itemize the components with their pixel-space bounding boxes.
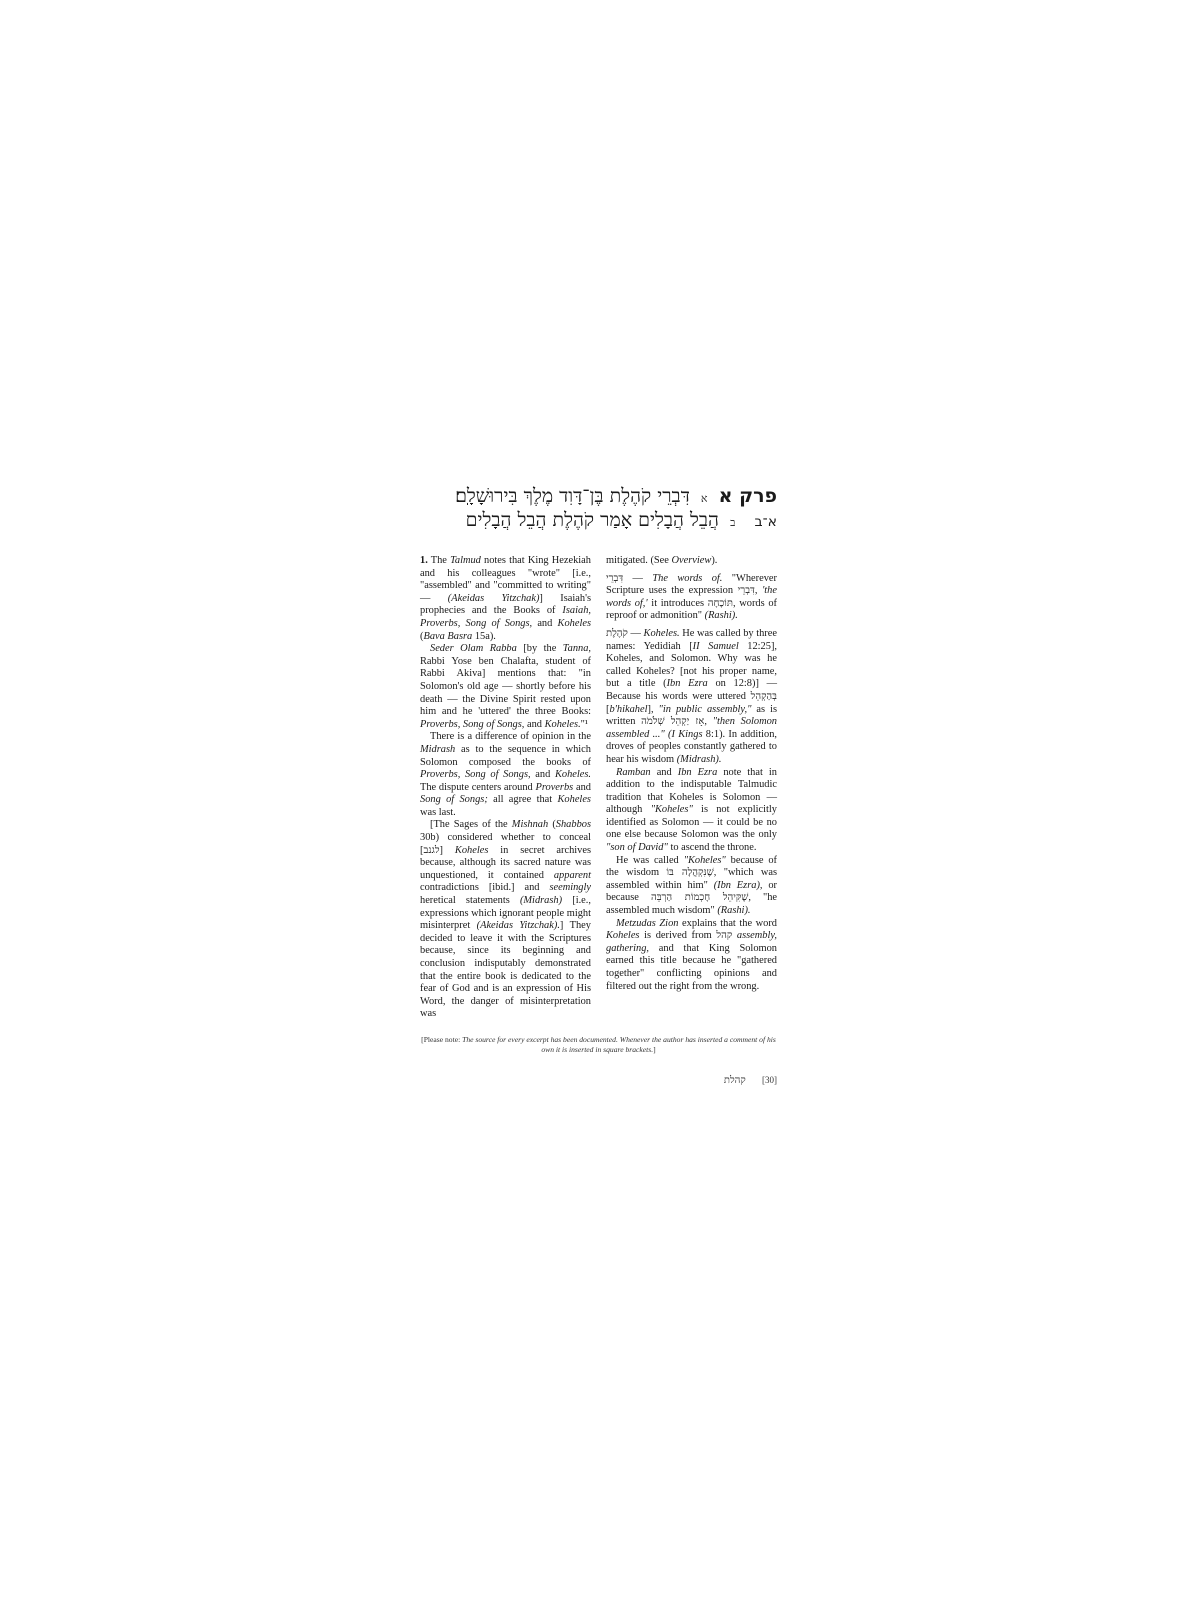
commentary-paragraph: There is a difference of opinion in the … [420, 731, 591, 819]
verse-text: דִּבְרֵי קֹהֶלֶת בֶּן־דָּוִד מֶלֶךְ בִּי… [455, 485, 690, 507]
verse-line-1: פרק א א דִּבְרֵי קֹהֶלֶת בֶּן־דָּוִד מֶל… [455, 485, 777, 508]
left-column: 1. The Talmud notes that King Hezekiah a… [420, 555, 591, 1021]
verse-text: הֲבֵל הֲבָלִים אָמַר קֹהֶלֶת הֲבֵל הֲבָל… [466, 509, 719, 531]
page-number: [30] [762, 1075, 777, 1085]
commentary-columns: 1. The Talmud notes that King Hezekiah a… [420, 555, 777, 1021]
verse-number: א [701, 492, 708, 505]
commentary-paragraph: He was called "Koheles" because of the w… [606, 855, 777, 918]
commentary-paragraph: mitigated. (See Overview). [606, 555, 777, 568]
page-footer: קהלת [30] [710, 1075, 777, 1086]
verse-range: א־ב [754, 514, 777, 530]
verse-number: ב [730, 516, 735, 529]
verse-line-2: א־ב ב הֲבֵל הֲבָלִים אָמַר קֹהֶלֶת הֲבֵל… [466, 509, 777, 532]
running-title: קהלת [724, 1075, 746, 1086]
commentary-paragraph: Seder Olam Rabba [by the Tanna, Rabbi Yo… [420, 643, 591, 731]
right-column: mitigated. (See Overview). דִּבְרֵי — Th… [606, 555, 777, 1021]
book-page: פרק א א דִּבְרֵי קֹהֶלֶת בֶּן־דָּוִד מֶל… [420, 485, 777, 541]
commentary-paragraph: Metzudas Zion explains that the word Koh… [606, 918, 777, 994]
commentary-paragraph: קֹהֶלֶת — Koheles. He was called by thre… [606, 628, 777, 767]
commentary-paragraph: [The Sages of the Mishnah (Shabbos 30b) … [420, 819, 591, 1021]
scripture-header: פרק א א דִּבְרֵי קֹהֶלֶת בֶּן־דָּוִד מֶל… [420, 485, 777, 541]
commentary-paragraph: 1. The Talmud notes that King Hezekiah a… [420, 555, 591, 643]
commentary-paragraph: Ramban and Ibn Ezra note that in additio… [606, 767, 777, 855]
editorial-note: [Please note: The source for every excer… [420, 1035, 777, 1055]
commentary-paragraph: דִּבְרֵי — The words of. "Wherever Scrip… [606, 573, 777, 623]
chapter-label: פרק א [719, 485, 777, 507]
